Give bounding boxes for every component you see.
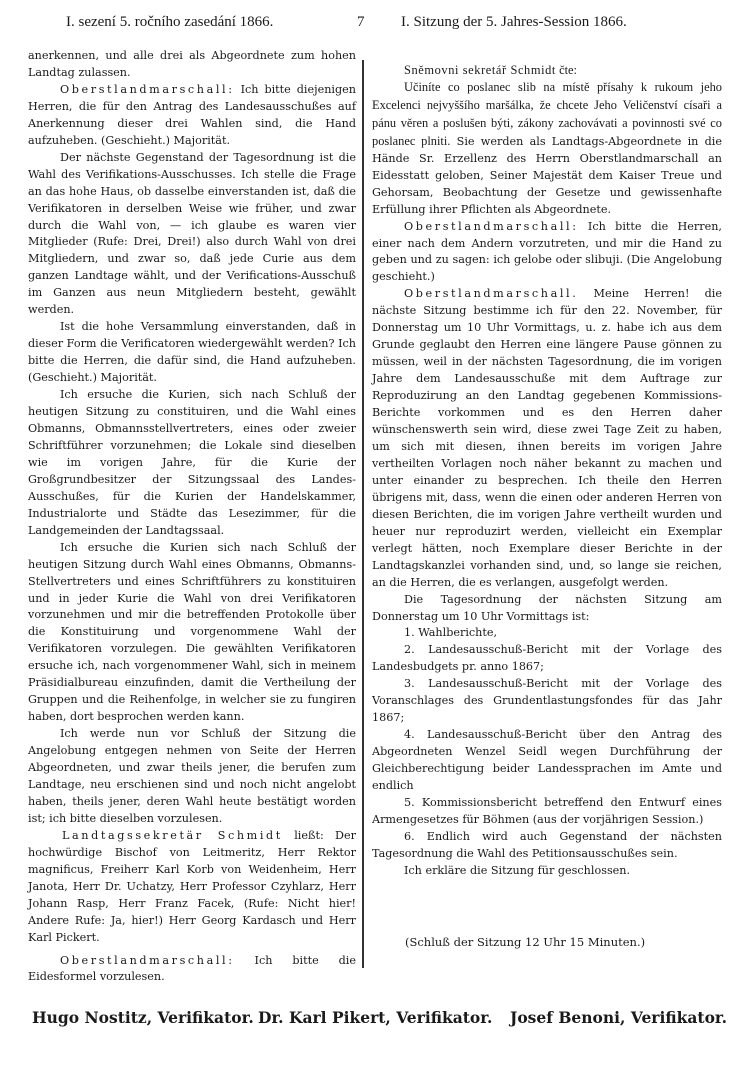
page-number: 7 [357,14,365,31]
paragraph: Oberstlandmarschall: Ich bitte die Eides… [28,953,356,987]
paragraph: Der nächste Gegenstand der Tagesordnung … [28,150,356,320]
agenda-list: 1. Wahlberichte, 2. Landesausschuß-Beric… [372,625,722,862]
paragraph: Die Tagesordnung der nächsten Sitzung am… [372,592,722,626]
signature-verifier: Dr. Karl Pikert, Verifikator. [258,1008,492,1027]
paragraph: anerkennen, und alle drei als Abgeordnet… [28,48,356,82]
column-divider [362,60,364,968]
signature-verifier: Hugo Nostitz, Verifikator. [32,1008,254,1027]
page-header: I. sezení 5. ročního zasedání 1866. 7 I.… [0,14,750,36]
paragraph: Ich erkläre die Sitzung für geschlossen. [372,863,722,880]
speaker-name: Sněmovni sekretář Schmidt [404,63,556,77]
agenda-item: 2. Landesausschuß-Bericht mit der Vorlag… [372,642,722,676]
agenda-item: 5. Kommissionsbericht betreffend den Ent… [372,795,722,829]
paragraph: Sněmovni sekretář Schmidt čte: [372,62,722,79]
left-column: anerkennen, und alle drei als Abgeordnet… [28,48,356,986]
agenda-item: 3. Landesausschuß-Bericht mit der Vorlag… [372,676,722,727]
right-column: Sněmovni sekretář Schmidt čte: Učiníte c… [372,48,722,880]
speaker-name: Oberstlandmarschall: [60,954,235,967]
speaker-name: Oberstlandmarschall: [60,83,235,96]
paragraph: Ich werde nun vor Schluß der Sitzung die… [28,726,356,828]
paragraph: Oberstlandmarschall. Meine Herren! die n… [372,286,722,591]
document-page: I. sezení 5. ročního zasedání 1866. 7 I.… [0,0,750,1079]
paragraph: Oberstlandmarschall: Ich bitte diejenige… [28,82,356,150]
speaker-name: Landtagssekretär Schmidt [62,829,283,842]
header-czech-title: I. sezení 5. ročního zasedání 1866. [66,14,273,31]
agenda-item: 4. Landesausschuß-Bericht über den Antra… [372,727,722,795]
paragraph: Oberstlandmarschall: Ich bitte die Herre… [372,219,722,287]
speaker-name: Oberstlandmarschall. [404,287,578,300]
paragraph: Landtagssekretär Schmidt ließt: Der hoch… [28,828,356,947]
paragraph: Ich ersuche die Kurien, sich nach Schluß… [28,387,356,540]
speaker-name: Oberstlandmarschall: [404,220,579,233]
header-german-title: I. Sitzung der 5. Jahres-Session 1866. [401,14,627,31]
paragraph: Ist die hohe Versammlung einverstanden, … [28,319,356,387]
paragraph: Ich ersuche die Kurien sich nach Schluß … [28,540,356,726]
signature-verifier: Josef Benoni, Verifikator. [510,1008,727,1027]
agenda-item: 6. Endlich wird auch Gegenstand der näch… [372,829,722,863]
signatures: Hugo Nostitz, Verifikator. Dr. Karl Pike… [0,1008,750,1036]
session-closing-note: (Schluß der Sitzung 12 Uhr 15 Minuten.) [405,935,645,949]
agenda-item: 1. Wahlberichte, [372,625,722,642]
paragraph: Učiníte co poslanec slib na místě přísah… [372,79,722,219]
